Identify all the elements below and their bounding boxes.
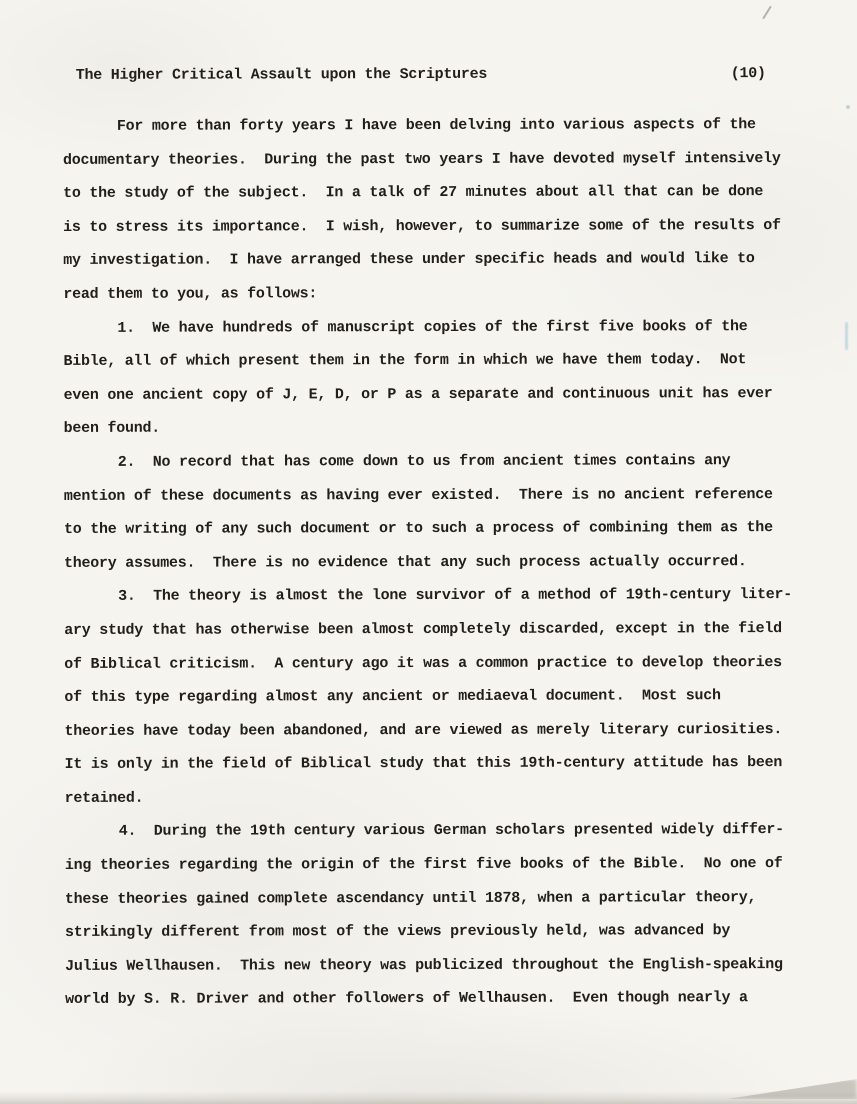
text-line: Julius Wellhausen. This new theory was p… (65, 948, 805, 984)
text-line: documentary theories. During the past tw… (63, 142, 803, 178)
page-number: (10) (731, 65, 766, 82)
page-header: The Higher Critical Assault upon the Scr… (63, 65, 766, 84)
text-line: ing theories regarding the origin of the… (65, 847, 805, 883)
text-line: 3. The theory is almost the lone survivo… (64, 578, 804, 614)
text-line: Bible, all of which present them in the … (63, 343, 803, 379)
text-line: 1. We have hundreds of manuscript copies… (63, 310, 803, 346)
page-content: The Higher Critical Assault upon the Scr… (0, 0, 857, 1104)
text-line: For more than forty years I have been de… (63, 108, 803, 144)
text-line: It is only in the field of Biblical stud… (65, 746, 805, 782)
scan-ink-speck (846, 105, 850, 109)
text-line: is to stress its importance. I wish, how… (63, 209, 803, 245)
text-line: world by S. R. Driver and other follower… (65, 981, 805, 1017)
text-line: to the study of the subject. In a talk o… (63, 175, 803, 211)
text-line: theory assumes. There is no evidence tha… (64, 545, 804, 581)
scan-ink-mark (845, 322, 848, 350)
text-line: ary study that has otherwise been almost… (64, 612, 804, 648)
document-body: For more than forty years I have been de… (63, 108, 805, 1017)
text-line: to the writing of any such document or t… (64, 511, 804, 547)
text-line: strikingly different from most of the vi… (65, 914, 805, 950)
text-line: of Biblical criticism. A century ago it … (64, 646, 804, 682)
scanned-document-page: The Higher Critical Assault upon the Scr… (0, 0, 857, 1104)
text-line: 2. No record that has come down to us fr… (64, 444, 804, 480)
text-line: of this type regarding almost any ancien… (64, 679, 804, 715)
text-line: 4. During the 19th century various Germa… (65, 813, 805, 849)
text-line: been found. (64, 410, 804, 446)
text-line: my investigation. I have arranged these … (63, 242, 803, 278)
text-line: even one ancient copy of J, E, D, or P a… (64, 377, 804, 413)
scan-edge-shadow (0, 1091, 857, 1104)
text-line: these theories gained complete ascendanc… (65, 881, 805, 917)
text-line: theories have today been abandoned, and … (64, 713, 804, 749)
text-line: read them to you, as follows: (63, 276, 803, 312)
page-title: The Higher Critical Assault upon the Scr… (63, 66, 487, 84)
text-line: retained. (65, 780, 805, 816)
text-line: mention of these documents as having eve… (64, 478, 804, 514)
